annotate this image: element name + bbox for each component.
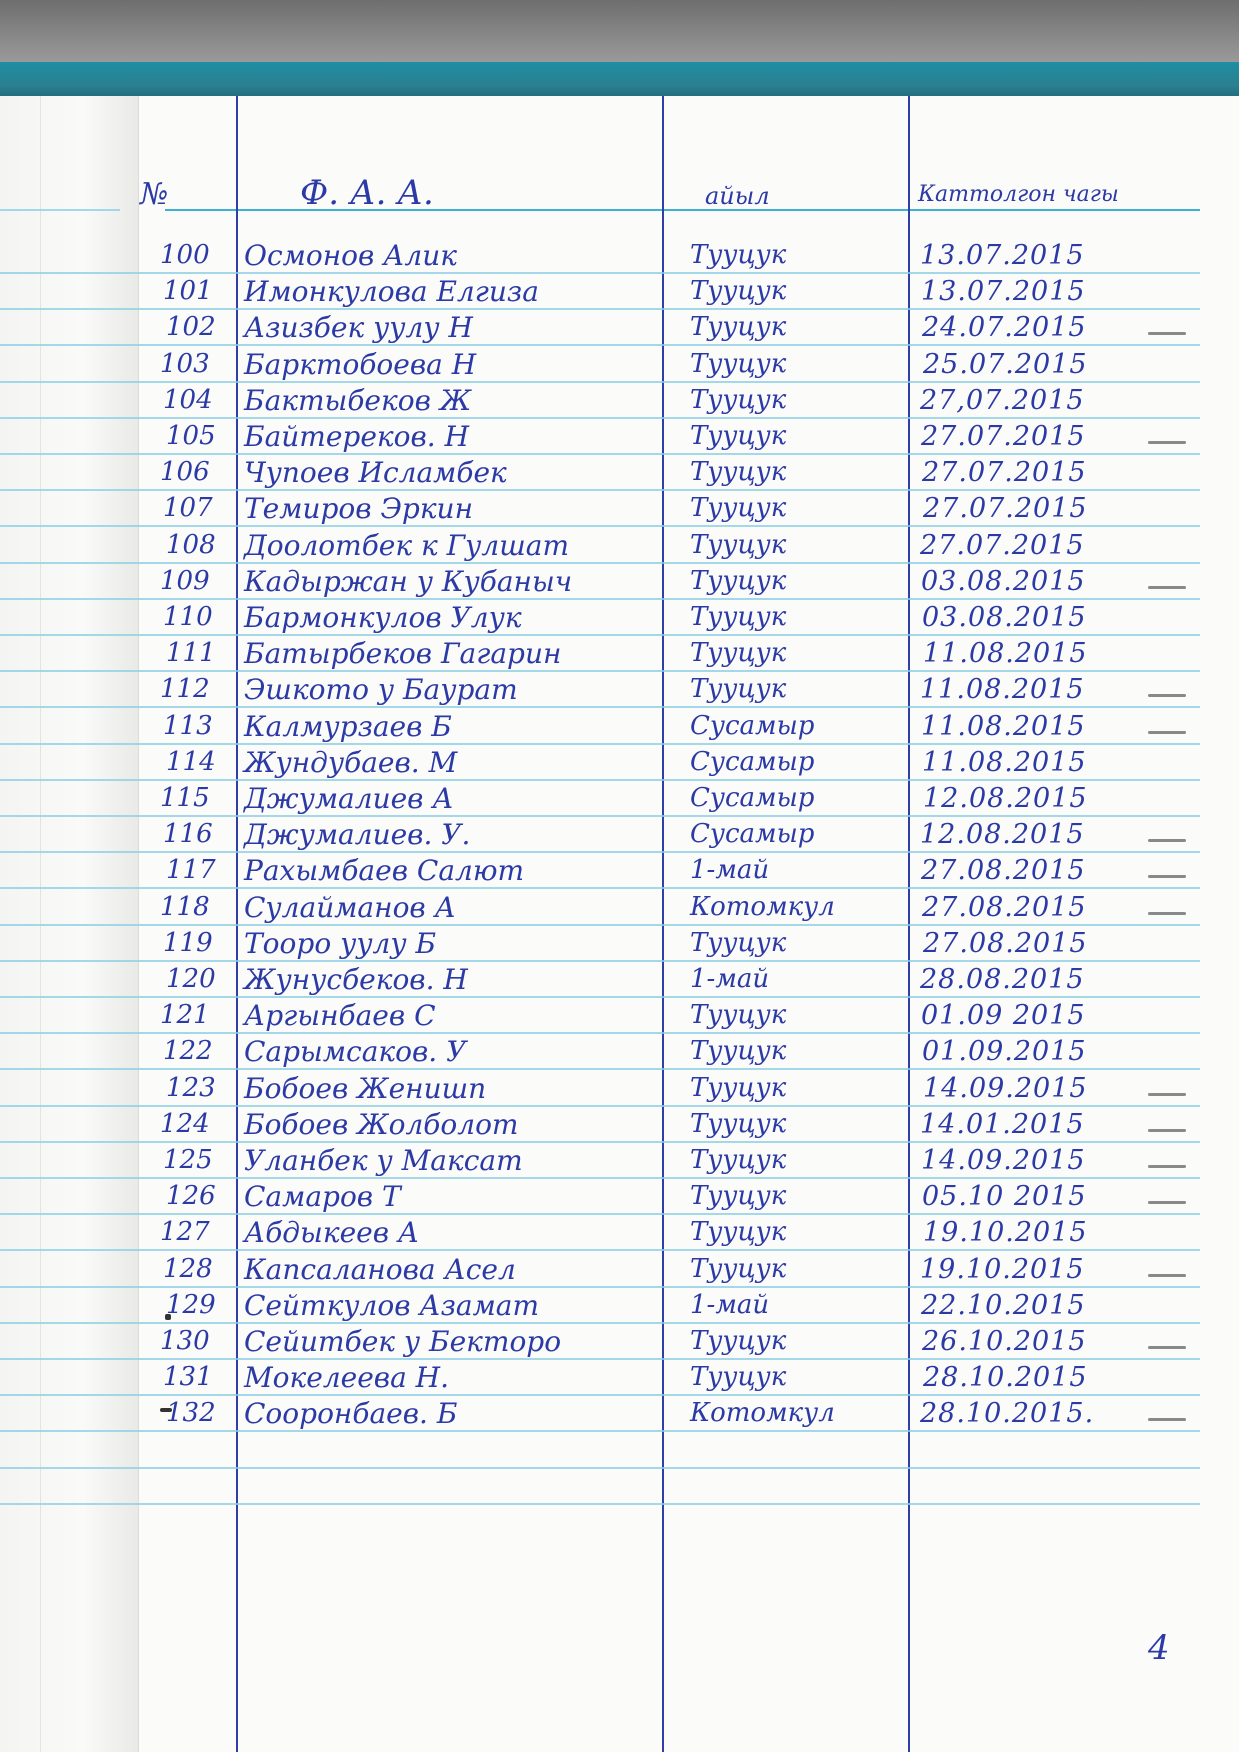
row-full-name: Кадыржан у Кубаныч xyxy=(244,568,572,596)
row-village: Тууцук xyxy=(690,459,786,485)
row-village: Тууцук xyxy=(690,387,786,413)
ink-speck xyxy=(160,1408,172,1412)
ruled-line xyxy=(0,308,1200,310)
row-registered-date: 24.07.2015 xyxy=(922,314,1087,341)
row-full-name: Рахымбаев Салют xyxy=(244,857,524,885)
row-registered-date: 13.07.2015 xyxy=(920,242,1085,269)
row-full-name: Сулайманов А xyxy=(244,894,456,922)
row-full-name: Азизбек уулу Н xyxy=(244,314,473,342)
row-registered-date: 27,07.2015 xyxy=(920,387,1085,414)
row-full-name: Сооронбаев. Б xyxy=(244,1400,457,1428)
row-village: Тууцук xyxy=(690,314,786,340)
row-registered-date: 11.08.2015 xyxy=(921,713,1086,740)
ruled-line xyxy=(0,453,1200,455)
row-full-name: Мокелеева Н. xyxy=(244,1364,449,1392)
row-village: Сусамыр xyxy=(690,713,814,739)
row-number: 112 xyxy=(160,676,210,702)
row-number: 122 xyxy=(163,1038,213,1064)
ruled-line xyxy=(0,670,1200,672)
pencil-check-mark xyxy=(1148,1093,1186,1096)
row-village: Тууцук xyxy=(690,930,786,956)
pencil-check-mark xyxy=(1148,332,1186,335)
ruled-line xyxy=(0,1322,1200,1324)
row-number: 131 xyxy=(163,1364,213,1390)
ruled-line xyxy=(0,1032,1200,1034)
row-village: Тууцук xyxy=(690,1111,786,1137)
row-full-name: Эшкото у Баурат xyxy=(244,676,518,704)
pencil-check-mark xyxy=(1148,1129,1186,1132)
row-village: Тууцук xyxy=(690,1038,786,1064)
ruled-line xyxy=(0,1068,1200,1070)
pencil-check-mark xyxy=(1148,839,1186,842)
row-village: Тууцук xyxy=(690,568,786,594)
row-registered-date: 22.10.2015 xyxy=(921,1292,1086,1319)
row-full-name: Калмурзаев Б xyxy=(244,713,452,741)
row-number: 106 xyxy=(160,459,210,485)
pencil-check-mark xyxy=(1148,1274,1186,1277)
ruled-line xyxy=(0,706,1200,708)
row-number: 113 xyxy=(163,713,213,739)
row-full-name: Сарымсаков. У xyxy=(244,1038,466,1066)
row-village: Сусамыр xyxy=(690,785,814,811)
row-number: 109 xyxy=(160,568,210,594)
row-number: 127 xyxy=(160,1219,210,1245)
row-registered-date: 28.10.2015 xyxy=(923,1364,1088,1391)
ruled-line xyxy=(0,381,1200,383)
pencil-check-mark xyxy=(1148,694,1186,697)
row-number: 118 xyxy=(160,894,210,920)
row-registered-date: 27.08.2015 xyxy=(922,894,1087,921)
pencil-check-mark xyxy=(1148,1201,1186,1204)
ruled-line xyxy=(0,634,1200,636)
row-registered-date: 01.09.2015 xyxy=(922,1038,1087,1065)
row-full-name: Абдыкеев А xyxy=(244,1219,419,1247)
row-village: Тууцук xyxy=(690,423,786,449)
row-number: 102 xyxy=(166,314,216,340)
row-village: Тууцук xyxy=(690,1183,786,1209)
ruled-line xyxy=(0,1213,1200,1215)
row-number: 125 xyxy=(163,1147,213,1173)
row-village: Тууцук xyxy=(690,278,786,304)
pencil-check-mark xyxy=(1148,1346,1186,1349)
row-registered-date: 14.01.2015 xyxy=(920,1111,1085,1138)
row-full-name: Бактыбеков Ж xyxy=(244,387,471,415)
ruled-line xyxy=(0,1394,1200,1396)
row-number: 121 xyxy=(160,1002,210,1028)
ruled-line xyxy=(0,1430,1200,1432)
row-village: Сусамыр xyxy=(690,821,814,847)
row-full-name: Сейткулов Азамат xyxy=(244,1292,539,1320)
ruled-line xyxy=(0,743,1200,745)
pencil-check-mark xyxy=(1148,441,1186,444)
row-number: 130 xyxy=(160,1328,210,1354)
row-registered-date: 28.08.2015 xyxy=(920,966,1085,993)
pencil-check-mark xyxy=(1148,586,1186,589)
row-village: Тууцук xyxy=(690,640,786,666)
row-number: 104 xyxy=(163,387,213,413)
header-full-name: Ф. А. А. xyxy=(300,176,434,210)
row-village: Тууцук xyxy=(690,351,786,377)
row-registered-date: 26.10.2015 xyxy=(922,1328,1087,1355)
row-registered-date: 13.07.2015 xyxy=(921,278,1086,305)
ruled-line xyxy=(0,1249,1200,1251)
row-number: 100 xyxy=(160,242,210,268)
row-full-name: Бобоев Женишп xyxy=(244,1075,486,1103)
row-number: 107 xyxy=(163,495,213,521)
header-village: айыл xyxy=(705,184,770,208)
row-registered-date: 19.10.2015 xyxy=(920,1256,1085,1283)
ruled-line xyxy=(0,887,1200,889)
header-number: № xyxy=(140,180,168,210)
row-number: 103 xyxy=(160,351,210,377)
row-full-name: Бармонкулов Улук xyxy=(244,604,522,632)
row-number: 132 xyxy=(166,1400,216,1426)
page-number: 4 xyxy=(1148,1631,1170,1665)
ruled-line xyxy=(0,1286,1200,1288)
ruled-line xyxy=(0,598,1200,600)
ruled-line xyxy=(0,960,1200,962)
row-registered-date: 14.09.2015 xyxy=(921,1147,1086,1174)
ruled-line xyxy=(0,1467,1200,1469)
row-full-name: Аргынбаев С xyxy=(244,1002,436,1030)
notebook-cover-edge xyxy=(0,62,1239,96)
row-number: 110 xyxy=(163,604,213,630)
row-number: 128 xyxy=(163,1256,213,1282)
row-village: Тууцук xyxy=(690,1256,786,1282)
row-full-name: Доолотбек к Гулшат xyxy=(244,532,569,560)
row-number: 116 xyxy=(163,821,213,847)
row-registered-date: 01.09 2015 xyxy=(921,1002,1086,1029)
row-registered-date: 27.07.2015 xyxy=(922,459,1087,486)
row-full-name: Байтереков. Н xyxy=(244,423,469,451)
ruled-line xyxy=(0,1141,1200,1143)
row-registered-date: 19.10.2015 xyxy=(923,1219,1088,1246)
row-full-name: Имонкулова Елгиза xyxy=(244,278,539,306)
row-full-name: Чупоев Исламбек xyxy=(244,459,507,487)
row-registered-date: 12.08.2015 xyxy=(923,785,1088,812)
row-full-name: Сейитбек у Бекторо xyxy=(244,1328,561,1356)
row-full-name: Барктобоева Н xyxy=(244,351,476,379)
row-full-name: Самаров Т xyxy=(244,1183,401,1211)
header-registered-date: Каттолгон чагы xyxy=(918,184,1119,206)
ruled-line xyxy=(0,779,1200,781)
row-full-name: Уланбек у Максат xyxy=(244,1147,523,1175)
row-village: Тууцук xyxy=(690,532,786,558)
row-village: Котомкул xyxy=(690,894,835,920)
header-rule-left xyxy=(0,209,120,211)
row-registered-date: 14.09.2015 xyxy=(923,1075,1088,1102)
row-registered-date: 27.07.2015 xyxy=(923,495,1088,522)
row-number: 123 xyxy=(166,1075,216,1101)
row-number: 117 xyxy=(166,857,216,883)
ruled-line xyxy=(0,1358,1200,1360)
pencil-check-mark xyxy=(1148,731,1186,734)
ruled-line xyxy=(0,1105,1200,1107)
row-full-name: Жундубаев. М xyxy=(244,749,457,777)
ruled-line xyxy=(0,1177,1200,1179)
row-full-name: Тооро уулу Б xyxy=(244,930,436,958)
row-registered-date: 03.08.2015 xyxy=(922,604,1087,631)
row-registered-date: 27.08.2015 xyxy=(921,857,1086,884)
row-village: 1-май xyxy=(690,857,769,883)
row-registered-date: 11.08.2015 xyxy=(920,676,1085,703)
row-number: 126 xyxy=(166,1183,216,1209)
row-full-name: Капсаланова Асел xyxy=(244,1256,516,1284)
row-registered-date: 11.08.2015 xyxy=(922,749,1087,776)
row-registered-date: 03.08.2015 xyxy=(921,568,1086,595)
ruled-line xyxy=(0,344,1200,346)
row-number: 108 xyxy=(166,532,216,558)
row-village: 1-май xyxy=(690,966,769,992)
row-village: Тууцук xyxy=(690,676,786,702)
row-number: 101 xyxy=(163,278,213,304)
ruled-line xyxy=(0,272,1200,274)
pencil-check-mark xyxy=(1148,1165,1186,1168)
row-full-name: Осмонов Алик xyxy=(244,242,457,270)
row-full-name: Бобоев Жолболот xyxy=(244,1111,518,1139)
ruled-line xyxy=(0,851,1200,853)
row-number: 111 xyxy=(166,640,216,666)
pencil-check-mark xyxy=(1148,1418,1186,1421)
row-village: Тууцук xyxy=(690,1328,786,1354)
ruled-line xyxy=(0,924,1200,926)
row-full-name: Джумалиев. У. xyxy=(244,821,470,849)
ruled-line xyxy=(0,1503,1200,1505)
row-village: Тууцук xyxy=(690,1002,786,1028)
row-registered-date: 28.10.2015. xyxy=(920,1400,1094,1427)
pencil-check-mark xyxy=(1148,875,1186,878)
row-number: 124 xyxy=(160,1111,210,1137)
ruled-line xyxy=(0,996,1200,998)
row-registered-date: 12.08.2015 xyxy=(920,821,1085,848)
row-full-name: Джумалиев А xyxy=(244,785,454,813)
ruled-line xyxy=(0,562,1200,564)
row-number: 105 xyxy=(166,423,216,449)
row-full-name: Темиров Эркин xyxy=(244,495,473,523)
row-village: Тууцук xyxy=(690,495,786,521)
ruled-line xyxy=(0,417,1200,419)
row-village: Тууцук xyxy=(690,242,786,268)
row-village: Тууцук xyxy=(690,604,786,630)
row-number: 114 xyxy=(166,749,216,775)
row-number: 119 xyxy=(163,930,213,956)
row-village: Тууцук xyxy=(690,1075,786,1101)
ink-speck xyxy=(165,1314,171,1320)
row-number: 115 xyxy=(160,785,210,811)
row-full-name: Жунусбеков. Н xyxy=(244,966,468,994)
ledger-page: № Ф. А. А. айыл Каттолгон чагы 100Осмоно… xyxy=(0,96,1239,1752)
row-number: 120 xyxy=(166,966,216,992)
row-registered-date: 27.08.2015 xyxy=(923,930,1088,957)
scan-background xyxy=(0,0,1239,66)
row-village: Тууцук xyxy=(690,1364,786,1390)
row-registered-date: 11.08.2015 xyxy=(923,640,1088,667)
row-number: 129 xyxy=(166,1292,216,1318)
row-full-name: Батырбеков Гагарин xyxy=(244,640,561,668)
row-village: Тууцук xyxy=(690,1147,786,1173)
row-registered-date: 05.10 2015 xyxy=(922,1183,1087,1210)
row-village: 1-май xyxy=(690,1292,769,1318)
row-village: Сусамыр xyxy=(690,749,814,775)
ruled-line xyxy=(0,815,1200,817)
ruled-line xyxy=(0,525,1200,527)
row-registered-date: 27.07.2015 xyxy=(921,423,1086,450)
ruled-line xyxy=(0,489,1200,491)
row-village: Тууцук xyxy=(690,1219,786,1245)
pencil-check-mark xyxy=(1148,912,1186,915)
row-registered-date: 25.07.2015 xyxy=(923,351,1088,378)
row-registered-date: 27.07.2015 xyxy=(920,532,1085,559)
row-village: Котомкул xyxy=(690,1400,835,1426)
